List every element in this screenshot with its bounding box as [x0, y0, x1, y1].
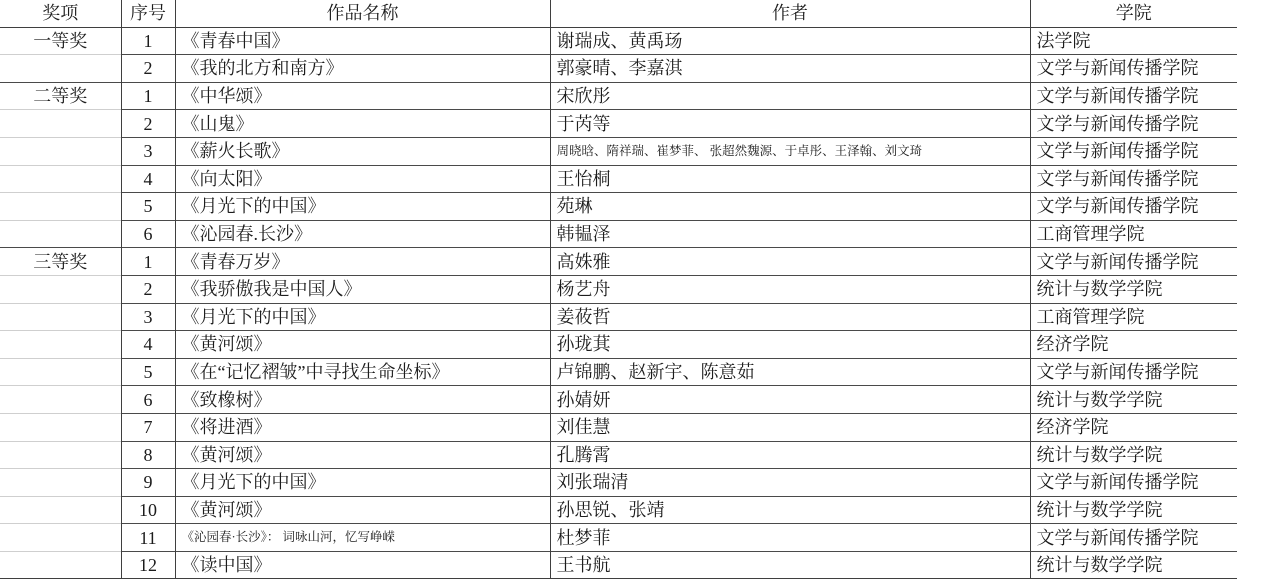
cell-authors[interactable]: 刘佳慧: [550, 413, 1030, 441]
table-row: 6《致橡树》孙婧妍统计与数学学院: [0, 386, 1237, 414]
cell-authors[interactable]: 卢锦鹏、赵新宇、陈意茹: [550, 358, 1030, 386]
cell-title[interactable]: 《黄河颂》: [175, 441, 550, 469]
cell-authors[interactable]: 韩韫泽: [550, 220, 1030, 248]
cell-authors[interactable]: 谢瑞成、黄禹玚: [550, 27, 1030, 55]
cell-award[interactable]: [0, 165, 121, 193]
cell-title[interactable]: 《向太阳》: [175, 165, 550, 193]
cell-index[interactable]: 3: [121, 137, 175, 165]
cell-award[interactable]: [0, 220, 121, 248]
cell-award[interactable]: 一等奖: [0, 27, 121, 55]
cell-index[interactable]: 5: [121, 193, 175, 221]
header-cell-authors[interactable]: 作者: [550, 0, 1030, 27]
cell-college[interactable]: 文学与新闻传播学院: [1030, 110, 1237, 138]
table-row: 2《山鬼》于芮等文学与新闻传播学院: [0, 110, 1237, 138]
cell-award[interactable]: [0, 386, 121, 414]
cell-award[interactable]: [0, 441, 121, 469]
table-row: 三等奖1《青春万岁》高姝雅文学与新闻传播学院: [0, 248, 1237, 276]
cell-title[interactable]: 《黄河颂》: [175, 496, 550, 524]
cell-college[interactable]: 文学与新闻传播学院: [1030, 248, 1237, 276]
table-header: 奖项 序号 作品名称 作者 学院: [0, 0, 1237, 27]
cell-college[interactable]: 经济学院: [1030, 413, 1237, 441]
cell-award[interactable]: [0, 413, 121, 441]
cell-authors[interactable]: 王怡桐: [550, 165, 1030, 193]
cell-title[interactable]: 《青春中国》: [175, 27, 550, 55]
table-row: 3《月光下的中国》姜莜哲工商管理学院: [0, 303, 1237, 331]
cell-college[interactable]: 工商管理学院: [1030, 220, 1237, 248]
cell-index[interactable]: 6: [121, 386, 175, 414]
cell-award[interactable]: [0, 55, 121, 83]
table-row: 10《黄河颂》孙思锐、张靖统计与数学学院: [0, 496, 1237, 524]
cell-authors[interactable]: 孙思锐、张靖: [550, 496, 1030, 524]
cell-title[interactable]: 《沁园春·长沙》： 词咏山河，忆写峥嵘: [175, 524, 550, 552]
cell-title[interactable]: 《将进酒》: [175, 413, 550, 441]
header-row: 奖项 序号 作品名称 作者 学院: [0, 0, 1237, 27]
cell-authors[interactable]: 杜梦菲: [550, 524, 1030, 552]
table-row: 一等奖1《青春中国》谢瑞成、黄禹玚法学院: [0, 27, 1237, 55]
cell-award[interactable]: 二等奖: [0, 82, 121, 110]
table-row: 2《我的北方和南方》郭豪晴、李嘉淇文学与新闻传播学院: [0, 55, 1237, 83]
cell-college[interactable]: 统计与数学学院: [1030, 551, 1237, 579]
table-row: 8《黄河颂》孔腾霄统计与数学学院: [0, 441, 1237, 469]
cell-title[interactable]: 《读中国》: [175, 551, 550, 579]
cell-title[interactable]: 《在“记忆褶皱”中寻找生命坐标》: [175, 358, 550, 386]
cell-college[interactable]: 文学与新闻传播学院: [1030, 193, 1237, 221]
cell-college[interactable]: 文学与新闻传播学院: [1030, 469, 1237, 497]
cell-college[interactable]: 经济学院: [1030, 331, 1237, 359]
cell-authors[interactable]: 宋欣彤: [550, 82, 1030, 110]
cell-index[interactable]: 1: [121, 27, 175, 55]
cell-college[interactable]: 统计与数学学院: [1030, 386, 1237, 414]
cell-authors[interactable]: 于芮等: [550, 110, 1030, 138]
table-row: 9《月光下的中国》刘张瑞清文学与新闻传播学院: [0, 469, 1237, 497]
cell-authors[interactable]: 孙珑萁: [550, 331, 1030, 359]
cell-award[interactable]: [0, 303, 121, 331]
awards-table: 奖项 序号 作品名称 作者 学院 一等奖1《青春中国》谢瑞成、黄禹玚法学院2《我…: [0, 0, 1237, 579]
cell-authors[interactable]: 孙婧妍: [550, 386, 1030, 414]
cell-index[interactable]: 5: [121, 358, 175, 386]
cell-authors[interactable]: 苑琳: [550, 193, 1030, 221]
cell-index[interactable]: 12: [121, 551, 175, 579]
header-cell-title[interactable]: 作品名称: [175, 0, 550, 27]
cell-award[interactable]: [0, 110, 121, 138]
table-row: 4《黄河颂》孙珑萁经济学院: [0, 331, 1237, 359]
table-row: 6《沁园春.长沙》韩韫泽工商管理学院: [0, 220, 1237, 248]
cell-index[interactable]: 8: [121, 441, 175, 469]
cell-college[interactable]: 统计与数学学院: [1030, 441, 1237, 469]
cell-title[interactable]: 《山鬼》: [175, 110, 550, 138]
cell-title[interactable]: 《月光下的中国》: [175, 469, 550, 497]
cell-authors[interactable]: 王书航: [550, 551, 1030, 579]
table-row: 3《薪火长歌》周晓晗、隋祥瑞、崔梦菲、 张超然魏源、于卓彤、王泽翰、刘文琦文学与…: [0, 137, 1237, 165]
cell-award[interactable]: [0, 496, 121, 524]
cell-index[interactable]: 4: [121, 165, 175, 193]
cell-college[interactable]: 文学与新闻传播学院: [1030, 524, 1237, 552]
header-cell-award[interactable]: 奖项: [0, 0, 121, 27]
table-row: 2《我骄傲我是中国人》杨艺舟统计与数学学院: [0, 275, 1237, 303]
cell-award[interactable]: [0, 137, 121, 165]
cell-index[interactable]: 1: [121, 248, 175, 276]
cell-index[interactable]: 11: [121, 524, 175, 552]
cell-authors[interactable]: 郭豪晴、李嘉淇: [550, 55, 1030, 83]
cell-college[interactable]: 文学与新闻传播学院: [1030, 137, 1237, 165]
cell-title[interactable]: 《沁园春.长沙》: [175, 220, 550, 248]
cell-authors[interactable]: 杨艺舟: [550, 275, 1030, 303]
cell-authors[interactable]: 高姝雅: [550, 248, 1030, 276]
cell-index[interactable]: 2: [121, 110, 175, 138]
cell-title[interactable]: 《月光下的中国》: [175, 303, 550, 331]
cell-college[interactable]: 文学与新闻传播学院: [1030, 165, 1237, 193]
cell-title[interactable]: 《致橡树》: [175, 386, 550, 414]
cell-index[interactable]: 4: [121, 331, 175, 359]
cell-index[interactable]: 3: [121, 303, 175, 331]
cell-index[interactable]: 2: [121, 55, 175, 83]
cell-title[interactable]: 《青春万岁》: [175, 248, 550, 276]
cell-college[interactable]: 法学院: [1030, 27, 1237, 55]
cell-college[interactable]: 文学与新闻传播学院: [1030, 55, 1237, 83]
cell-authors[interactable]: 周晓晗、隋祥瑞、崔梦菲、 张超然魏源、于卓彤、王泽翰、刘文琦: [550, 137, 1030, 165]
cell-title[interactable]: 《月光下的中国》: [175, 193, 550, 221]
header-cell-index[interactable]: 序号: [121, 0, 175, 27]
table-row: 7《将进酒》刘佳慧经济学院: [0, 413, 1237, 441]
table-row: 12《读中国》王书航统计与数学学院: [0, 551, 1237, 579]
header-cell-college[interactable]: 学院: [1030, 0, 1237, 27]
cell-title[interactable]: 《我的北方和南方》: [175, 55, 550, 83]
cell-authors[interactable]: 刘张瑞清: [550, 469, 1030, 497]
cell-index[interactable]: 7: [121, 413, 175, 441]
cell-award[interactable]: [0, 275, 121, 303]
cell-college[interactable]: 统计与数学学院: [1030, 275, 1237, 303]
cell-index[interactable]: 2: [121, 275, 175, 303]
cell-award[interactable]: [0, 551, 121, 579]
cell-college[interactable]: 文学与新闻传播学院: [1030, 82, 1237, 110]
cell-index[interactable]: 9: [121, 469, 175, 497]
cell-college[interactable]: 工商管理学院: [1030, 303, 1237, 331]
table-row: 5《在“记忆褶皱”中寻找生命坐标》卢锦鹏、赵新宇、陈意茹文学与新闻传播学院: [0, 358, 1237, 386]
cell-award[interactable]: [0, 358, 121, 386]
table-row: 5《月光下的中国》苑琳文学与新闻传播学院: [0, 193, 1237, 221]
cell-title[interactable]: 《黄河颂》: [175, 331, 550, 359]
cell-college[interactable]: 文学与新闻传播学院: [1030, 358, 1237, 386]
cell-title[interactable]: 《薪火长歌》: [175, 137, 550, 165]
cell-college[interactable]: 统计与数学学院: [1030, 496, 1237, 524]
table-row: 11《沁园春·长沙》： 词咏山河，忆写峥嵘杜梦菲文学与新闻传播学院: [0, 524, 1237, 552]
cell-title[interactable]: 《我骄傲我是中国人》: [175, 275, 550, 303]
cell-award[interactable]: [0, 331, 121, 359]
cell-title[interactable]: 《中华颂》: [175, 82, 550, 110]
cell-index[interactable]: 10: [121, 496, 175, 524]
table-body: 一等奖1《青春中国》谢瑞成、黄禹玚法学院2《我的北方和南方》郭豪晴、李嘉淇文学与…: [0, 27, 1237, 579]
cell-authors[interactable]: 孔腾霄: [550, 441, 1030, 469]
cell-index[interactable]: 6: [121, 220, 175, 248]
table-row: 二等奖1《中华颂》宋欣彤文学与新闻传播学院: [0, 82, 1237, 110]
cell-award[interactable]: [0, 524, 121, 552]
cell-index[interactable]: 1: [121, 82, 175, 110]
awards-table-container: 奖项 序号 作品名称 作者 学院 一等奖1《青春中国》谢瑞成、黄禹玚法学院2《我…: [0, 0, 1269, 582]
cell-award[interactable]: [0, 193, 121, 221]
cell-award[interactable]: 三等奖: [0, 248, 121, 276]
table-row: 4《向太阳》王怡桐文学与新闻传播学院: [0, 165, 1237, 193]
cell-award[interactable]: [0, 469, 121, 497]
cell-authors[interactable]: 姜莜哲: [550, 303, 1030, 331]
